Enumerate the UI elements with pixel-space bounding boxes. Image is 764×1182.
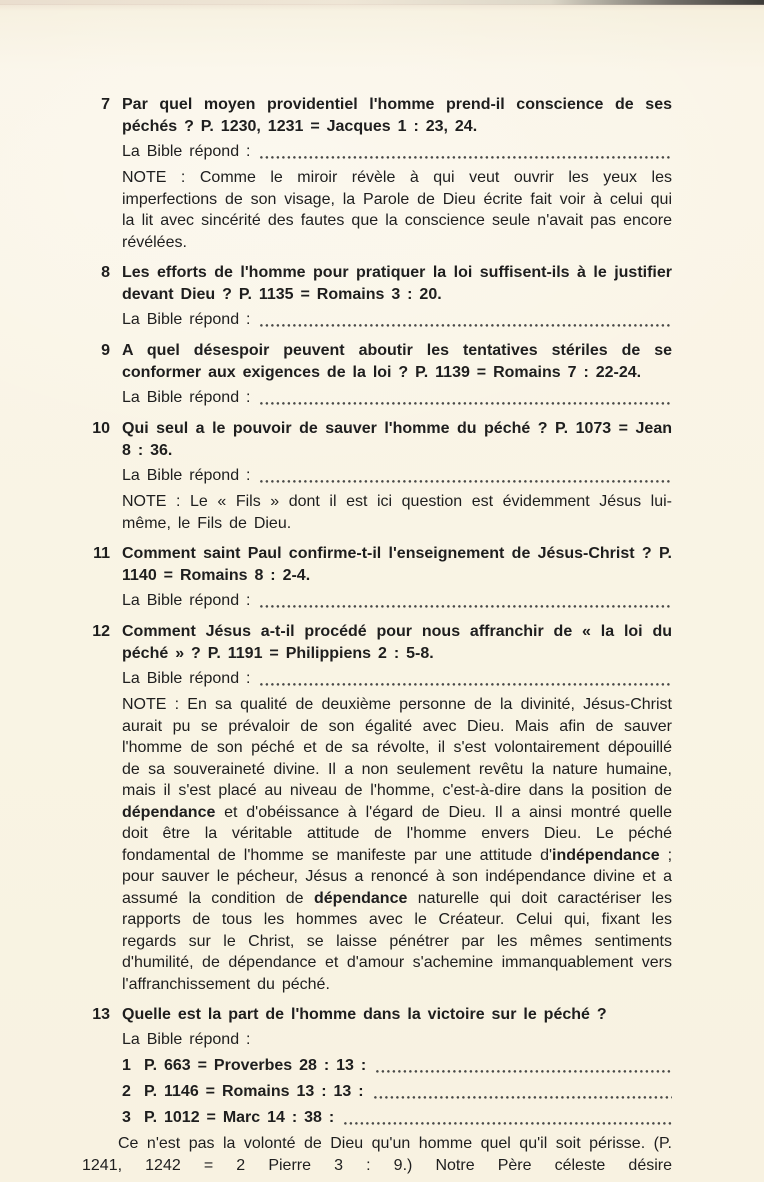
bible-answer-line: La Bible répond : (122, 309, 672, 331)
dotted-fill-line (260, 683, 672, 686)
question-text: Les efforts de l'homme pour pratiquer la… (122, 262, 672, 306)
bible-answer-label: La Bible répond : (122, 465, 250, 487)
bible-answer-line: La Bible répond : (122, 1029, 672, 1051)
question-text: Quelle est la part de l'homme dans la vi… (122, 1004, 672, 1026)
bible-answer-line: La Bible répond : (122, 590, 672, 612)
sub-item-reference: P. 1146 = Romains 13 : 13 : (144, 1081, 364, 1103)
question-number: 10 (82, 418, 110, 440)
bible-answer-label: La Bible répond : (122, 309, 250, 331)
note-text: NOTE : Comme le miroir révèle à qui veut… (122, 169, 672, 251)
answer-sub-item: 3P. 1012 = Marc 14 : 38 : (122, 1107, 672, 1129)
dotted-fill-line (374, 1096, 672, 1099)
note-paragraph: NOTE : Comme le miroir révèle à qui veut… (122, 167, 672, 253)
bible-answer-label: La Bible répond : (122, 141, 250, 163)
bible-answer-label: La Bible répond : (122, 668, 250, 690)
dotted-fill-line (260, 324, 672, 327)
note-paragraph: NOTE : Le « Fils » dont il est ici quest… (122, 491, 672, 534)
sub-item-number: 1 (122, 1055, 144, 1077)
question-text: A quel désespoir peuvent aboutir les ten… (122, 340, 672, 384)
question-text: Qui seul a le pouvoir de sauver l'homme … (122, 418, 672, 462)
note-paragraph: NOTE : En sa qualité de deuxième personn… (122, 694, 672, 995)
bible-answer-label: La Bible répond : (122, 1029, 250, 1051)
question-block: 12Comment Jésus a-t-il procédé pour nous… (122, 621, 672, 995)
questions-list: 7Par quel moyen providentiel l'homme pre… (122, 94, 672, 1182)
sub-item-number: 2 (122, 1081, 144, 1103)
question-number: 13 (82, 1004, 110, 1026)
bible-answer-line: La Bible répond : (122, 141, 672, 163)
dotted-fill-line (260, 480, 672, 483)
dotted-fill-line (260, 605, 672, 608)
bible-answer-line: La Bible répond : (122, 465, 672, 487)
question-block: 10Qui seul a le pouvoir de sauver l'homm… (122, 418, 672, 534)
question-block: 9A quel désespoir peuvent aboutir les te… (122, 340, 672, 409)
question-text: Comment Jésus a-t-il procédé pour nous a… (122, 621, 672, 665)
question-number: 7 (82, 94, 110, 116)
bible-answer-label: La Bible répond : (122, 387, 250, 409)
note-emphasis: indépendance (552, 847, 660, 864)
question-number: 9 (82, 340, 110, 362)
bible-answer-line: La Bible répond : (122, 387, 672, 409)
note-emphasis: dépendance (314, 890, 407, 907)
dotted-fill-line (344, 1122, 672, 1125)
question-block: 13Quelle est la part de l'homme dans la … (122, 1004, 672, 1176)
question-number: 8 (82, 262, 110, 284)
sub-item-reference: P. 1012 = Marc 14 : 38 : (144, 1107, 334, 1129)
sub-item-number: 3 (122, 1107, 144, 1129)
note-emphasis: dépendance (122, 804, 215, 821)
question-number: 11 (82, 543, 110, 565)
bible-answer-line: La Bible répond : (122, 668, 672, 690)
answer-sub-item: 2P. 1146 = Romains 13 : 13 : (122, 1081, 672, 1103)
dotted-fill-line (260, 402, 672, 405)
question-block: 11Comment saint Paul confirme-t-il l'ens… (122, 543, 672, 612)
dotted-fill-line (376, 1070, 672, 1073)
bible-answer-label: La Bible répond : (122, 590, 250, 612)
scan-edge-shadow (0, 4, 764, 11)
note-text: NOTE : Le « Fils » dont il est ici quest… (122, 493, 672, 532)
note-text: NOTE : En sa qualité de deuxième personn… (122, 696, 672, 799)
scanned-book-page: 7Par quel moyen providentiel l'homme pre… (0, 0, 764, 1182)
dotted-fill-line (260, 156, 672, 159)
answer-sub-item: 1P. 663 = Proverbes 28 : 13 : (122, 1055, 672, 1077)
question-text: Par quel moyen providentiel l'homme pren… (122, 94, 672, 138)
question-block: 8Les efforts de l'homme pour pratiquer l… (122, 262, 672, 331)
sub-item-reference: P. 663 = Proverbes 28 : 13 : (144, 1055, 366, 1077)
question-block: 7Par quel moyen providentiel l'homme pre… (122, 94, 672, 253)
question-number: 12 (82, 621, 110, 643)
question-text: Comment saint Paul confirme-t-il l'ensei… (122, 543, 672, 587)
closing-paragraph: Ce n'est pas la volonté de Dieu qu'un ho… (82, 1133, 672, 1176)
